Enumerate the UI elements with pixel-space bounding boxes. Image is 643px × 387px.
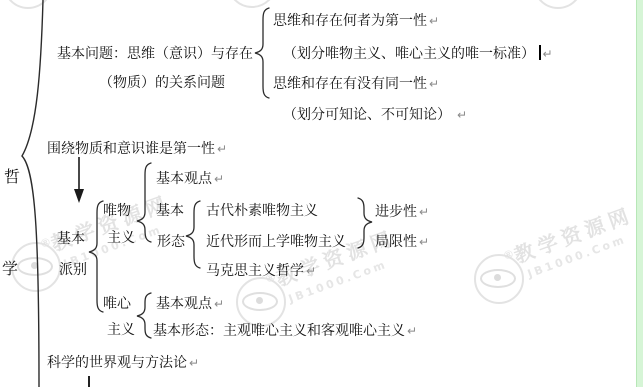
node-schools-label-top: 基本 xyxy=(57,231,85,248)
node-identity-note: （划分可知论、不可知论）↵ xyxy=(283,107,467,124)
node-idealism-top: 唯心 xyxy=(103,296,131,313)
brace-forms xyxy=(183,200,203,269)
return-mark: ↵ xyxy=(214,172,224,186)
node-form-marx: 马克思主义哲学↵ xyxy=(206,263,316,280)
node-form-ancient: 古代朴素唯物主义 xyxy=(206,203,318,220)
node-idealism-bottom: 主义 xyxy=(107,322,135,339)
return-mark: ↵ xyxy=(419,205,429,219)
brace-root xyxy=(14,0,46,387)
node-limitation: 局限性↵ xyxy=(375,234,429,251)
node-materialism-top: 唯物 xyxy=(103,203,131,220)
node-text: 思维和存在何者为第一性 xyxy=(273,14,427,29)
node-text: 进步性 xyxy=(375,205,417,220)
node-text: 思维和存在有没有同一性 xyxy=(273,77,427,92)
node-basic-question-line2: （物质）的关系问题 xyxy=(99,75,225,92)
node-idealism-form: 基本形态：主观唯心主义和客观唯心主义↵ xyxy=(153,323,417,340)
node-text: 围绕物质和意识谁是第一性 xyxy=(47,142,215,157)
node-materialism-bottom: 主义 xyxy=(107,230,135,247)
node-science: 科学的世界观与方法论↵ xyxy=(47,355,199,372)
brace-idealism xyxy=(134,292,154,339)
return-mark: ↵ xyxy=(543,47,553,61)
return-mark: ↵ xyxy=(217,142,227,156)
node-materialism-viewpoint: 基本观点↵ xyxy=(156,171,224,188)
node-merit: 进步性↵ xyxy=(375,204,429,221)
arrow-stem-cut xyxy=(88,376,90,387)
node-text: （划分可知论、不可知论） xyxy=(283,108,451,123)
brace-materialism xyxy=(134,162,154,243)
return-mark: ↵ xyxy=(419,235,429,249)
node-text: 基本观点 xyxy=(156,172,212,187)
node-idealism-viewpoint: 基本观点↵ xyxy=(156,296,224,313)
node-text: （划分唯物主义、唯心主义的唯一标准） xyxy=(283,47,535,62)
node-text: 局限性 xyxy=(375,235,417,250)
brace-basic-question xyxy=(252,7,272,99)
brace-evaluation xyxy=(355,197,375,249)
node-form-label-bottom: 形态 xyxy=(157,234,185,251)
return-mark: ↵ xyxy=(214,297,224,311)
return-mark: ↵ xyxy=(189,356,199,370)
return-mark: ↵ xyxy=(429,14,439,28)
node-text: 基本观点 xyxy=(156,297,212,312)
node-form-modern: 近代形而上学唯物主义 xyxy=(206,234,346,251)
document-canvas: ®教学资源网 JB1000.Com ®教学资源网 JB1000.Com ®教学资… xyxy=(0,0,643,387)
arrow-down-icon xyxy=(71,156,87,204)
page-edge-green-strip xyxy=(636,0,643,387)
node-first-nature-note: （划分唯物主义、唯心主义的唯一标准）↵ xyxy=(283,45,553,63)
return-mark: ↵ xyxy=(457,108,467,122)
return-mark: ↵ xyxy=(306,264,316,278)
return-mark: ↵ xyxy=(407,324,417,338)
node-text: 基本形态：主观唯心主义和客观唯心主义 xyxy=(153,324,405,339)
node-identity-question: 思维和存在有没有同一性↵ xyxy=(273,76,439,93)
node-text: 马克思主义哲学 xyxy=(206,264,304,279)
text-cursor xyxy=(539,45,541,60)
node-first-nature-question: 思维和存在何者为第一性↵ xyxy=(273,13,439,30)
return-mark: ↵ xyxy=(429,77,439,91)
node-text: 科学的世界观与方法论 xyxy=(47,356,187,371)
node-schools-label-bottom: 派别 xyxy=(59,262,87,279)
node-form-label-top: 基本 xyxy=(156,203,184,220)
node-basic-question-line1: 基本问题：思维（意识）与存在 xyxy=(57,46,253,63)
